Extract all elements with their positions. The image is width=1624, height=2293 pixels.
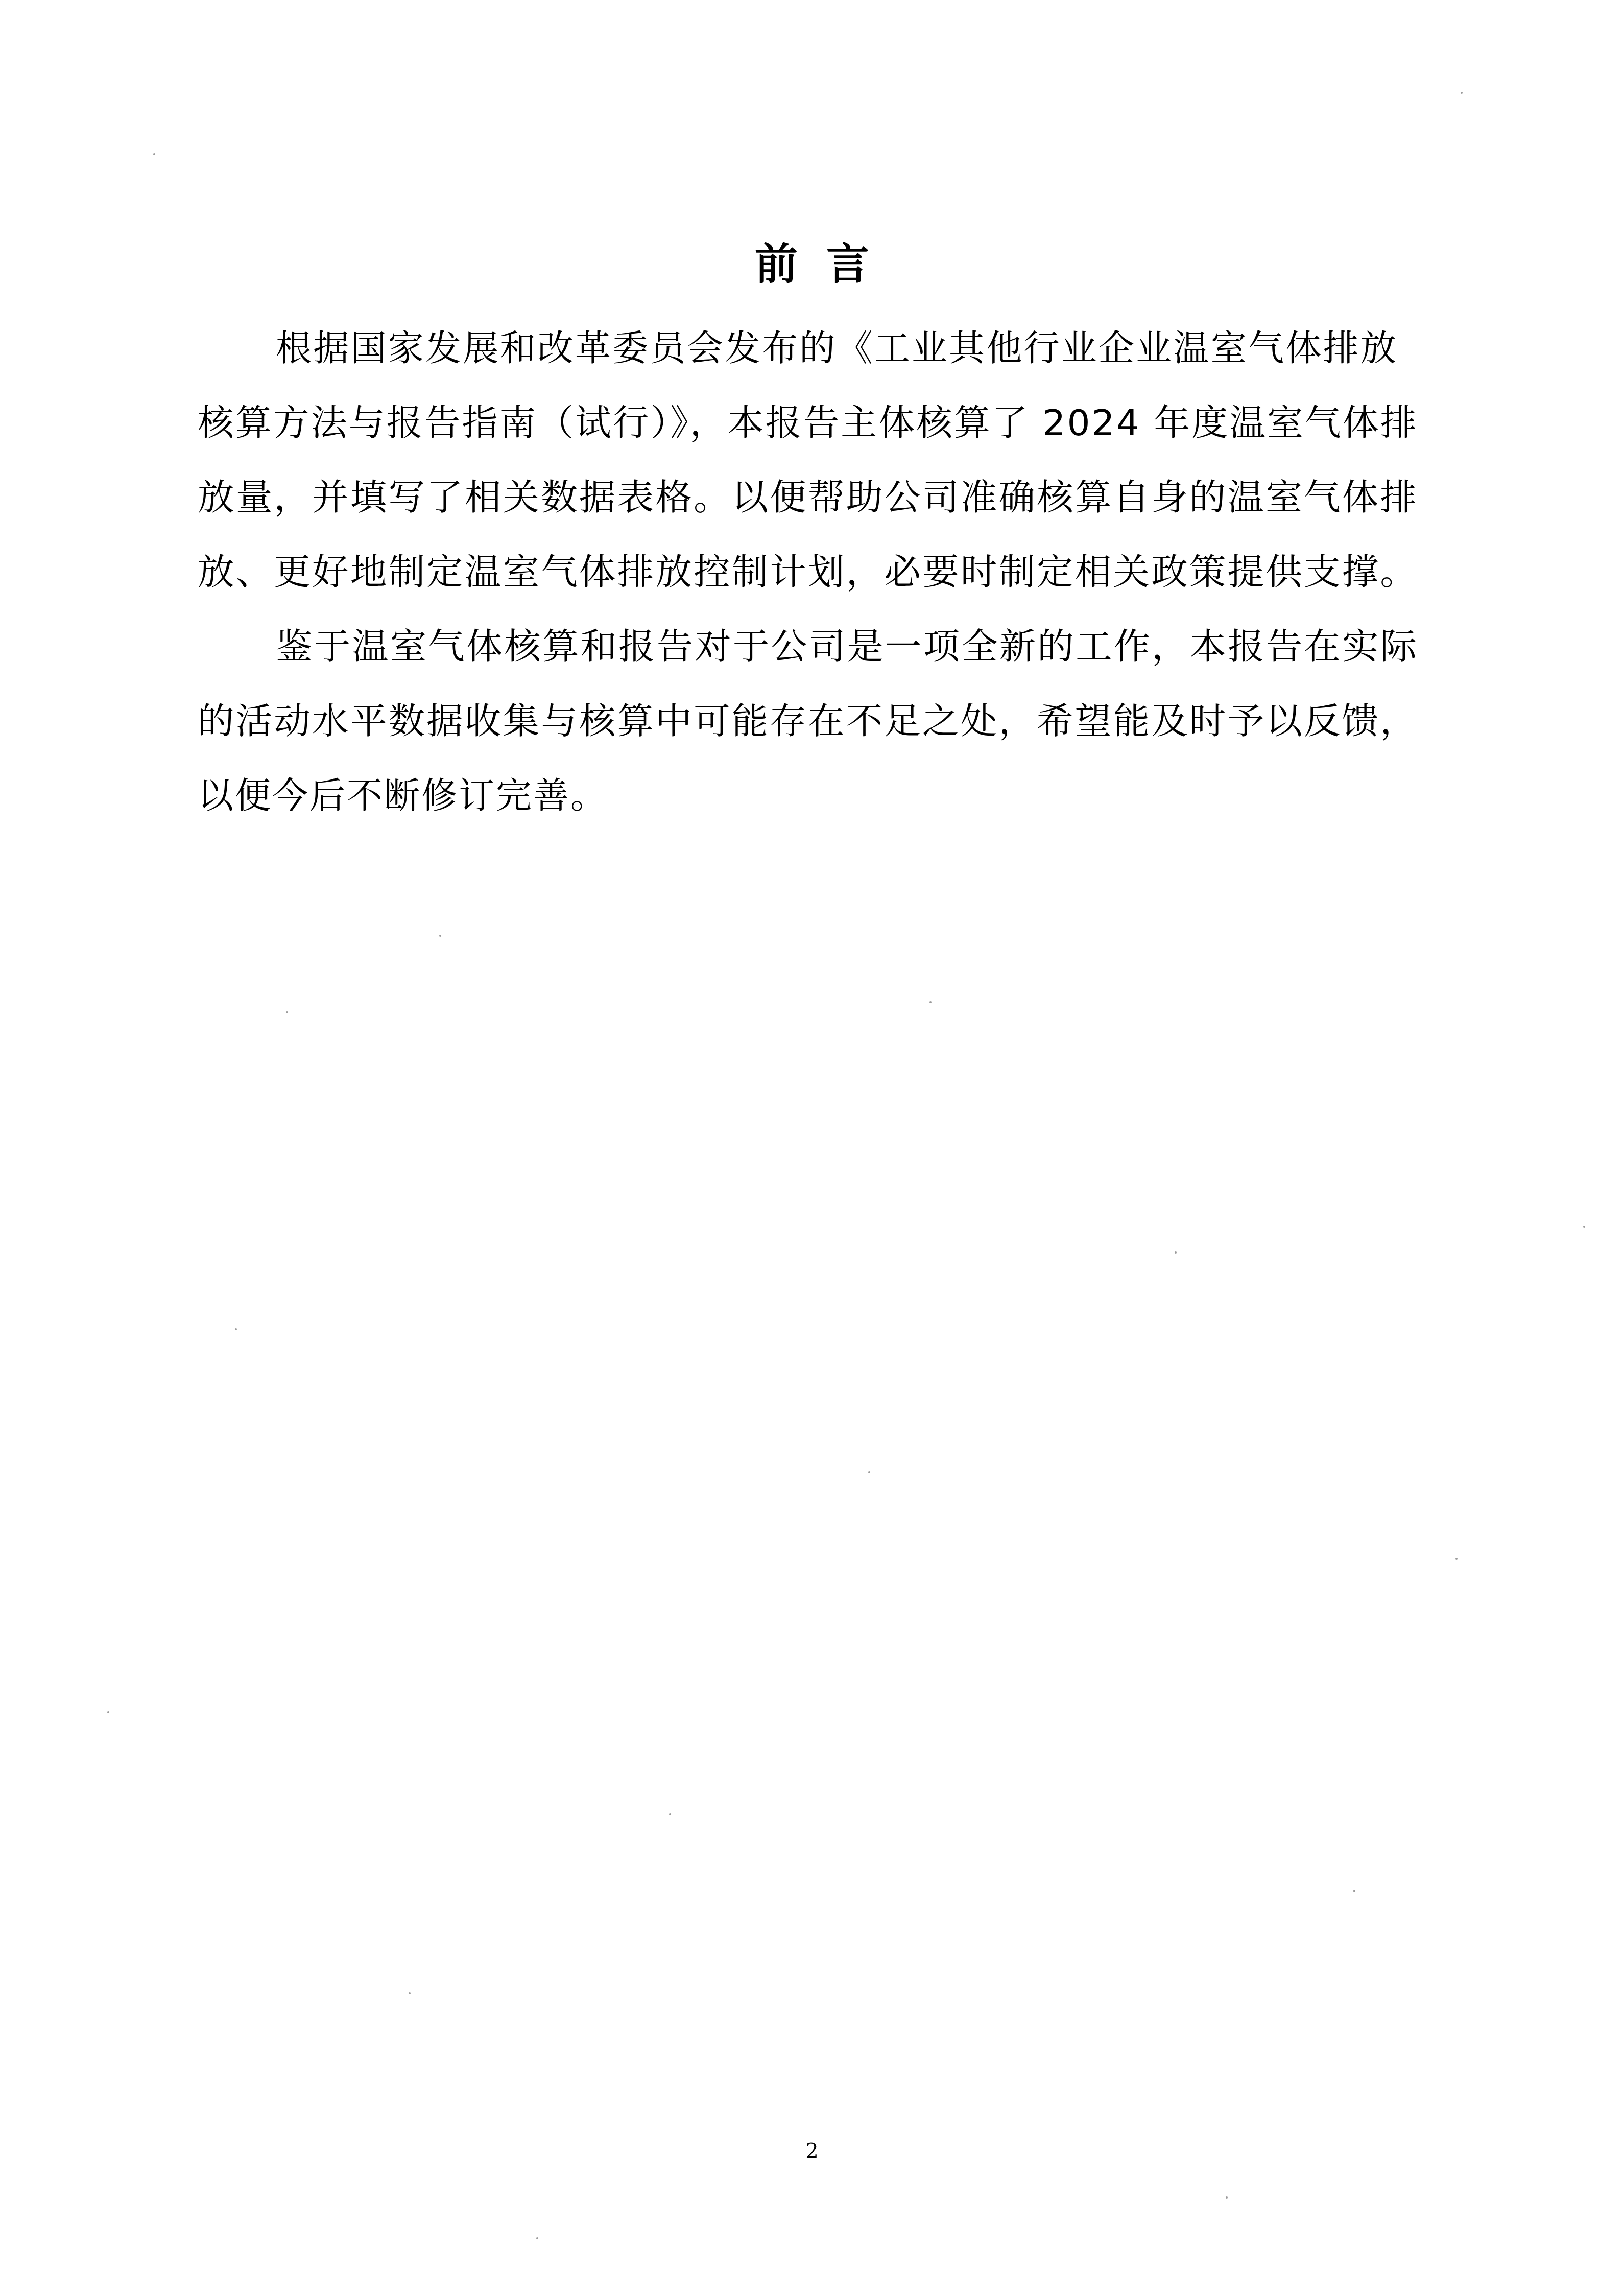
paragraph-1-line-2: 核算方法与报告指南（试行）》，本报告主体核算了 2024 年度温室气体排	[198, 403, 1418, 443]
scan-speck	[868, 1471, 870, 1473]
scan-speck	[286, 1011, 288, 1013]
scan-speck	[409, 1992, 411, 1994]
scan-speck	[235, 1328, 237, 1330]
scan-speck	[929, 1001, 932, 1003]
paragraph-1-line-4: 放、更好地制定温室气体排放控制计划，必要时制定相关政策提供支撑。	[198, 552, 1418, 593]
title-char-2: 言	[826, 236, 869, 292]
scan-speck	[439, 935, 441, 937]
scan-speck	[1461, 92, 1463, 94]
paragraph-1-line-3: 放量，并填写了相关数据表格。以便帮助公司准确核算自身的温室气体排	[198, 477, 1418, 518]
scan-speck	[107, 1711, 109, 1713]
paragraph-2-line-1: 鉴于温室气体核算和报告对于公司是一项全新的工作，本报告在实际	[276, 626, 1418, 667]
paragraph-2-line-3: 以便今后不断修订完善。	[198, 775, 608, 816]
scan-speck	[1353, 1890, 1355, 1892]
page-title: 前言	[0, 236, 1624, 292]
scan-speck	[669, 1813, 671, 1815]
scan-speck	[1226, 2196, 1228, 2199]
scan-speck	[1583, 1226, 1585, 1228]
scan-speck	[536, 2237, 538, 2239]
paragraph-2-line-2: 的活动水平数据收集与核算中可能存在不足之处，希望能及时予以反馈，	[198, 701, 1418, 742]
scan-speck	[1455, 1558, 1458, 1560]
title-char-1: 前	[755, 236, 798, 292]
paragraph-1-line-1: 根据国家发展和改革委员会发布的《工业其他行业企业温室气体排放	[276, 328, 1418, 369]
document-page: 前言 根据国家发展和改革委员会发布的《工业其他行业企业温室气体排放 核算方法与报…	[0, 0, 1624, 2293]
scan-speck	[153, 153, 155, 155]
page-number: 2	[0, 2138, 1624, 2164]
scan-speck	[1175, 1251, 1177, 1254]
